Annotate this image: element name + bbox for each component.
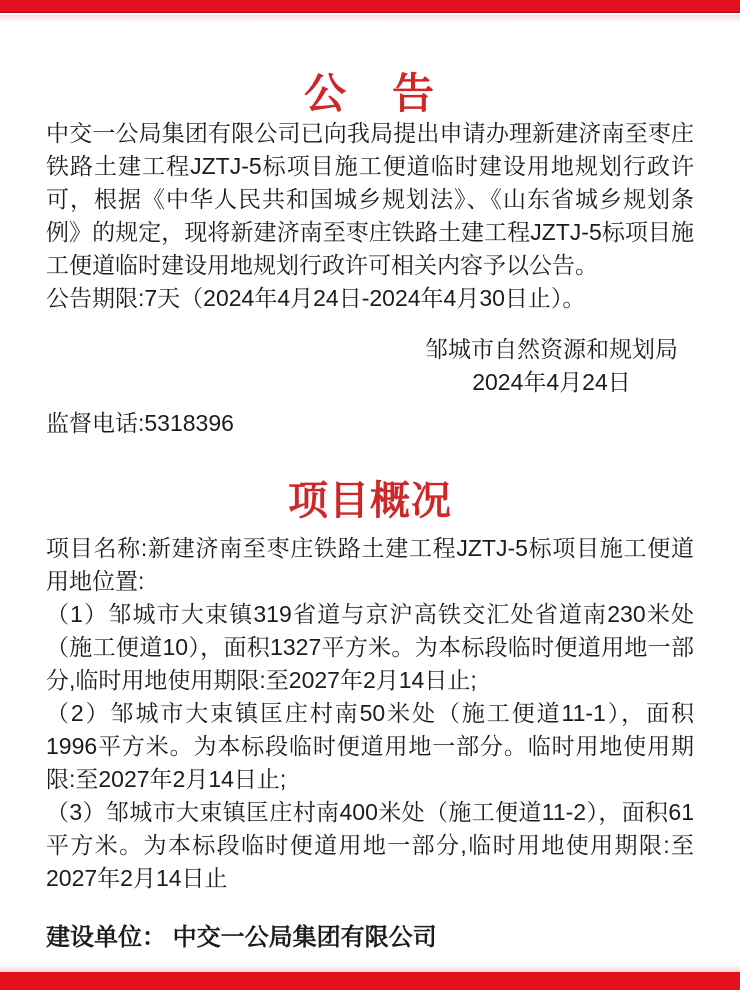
notice-paragraph-main: 中交一公局集团有限公司已向我局提出申请办理新建济南至枣庄铁路土建工程JZTJ-5…	[46, 117, 694, 282]
notice-body: 中交一公局集团有限公司已向我局提出申请办理新建济南至枣庄铁路土建工程JZTJ-5…	[46, 117, 694, 315]
notice-title: 公 告	[46, 71, 694, 117]
announcement-document: 公 告 中交一公局集团有限公司已向我局提出申请办理新建济南至枣庄铁路土建工程JZ…	[0, 15, 740, 954]
builder-unit: 建设单位： 中交一公局集团有限公司	[46, 921, 694, 954]
project-site-3: （3）邹城市大束镇匡庄村南400米处（施工便道11-2），面积61平方米。为本标…	[46, 796, 694, 895]
top-red-bar	[0, 0, 740, 13]
signature-block: 邹城市自然资源和规划局 2024年4月24日	[425, 333, 678, 399]
project-name-location: 项目名称:新建济南至枣庄铁路土建工程JZTJ-5标项目施工便道用地位置:	[46, 532, 694, 598]
supervision-phone: 监督电话:5318396	[46, 407, 694, 440]
project-site-2: （2）邹城市大束镇匡庄村南50米处（施工便道11-1），面积1996平方米。为本…	[46, 697, 694, 796]
issuer-name: 邹城市自然资源和规划局	[425, 333, 678, 366]
project-site-1: （1）邹城市大束镇319省道与京沪高铁交汇处省道南230米处（施工便道10），面…	[46, 598, 694, 697]
issue-date: 2024年4月24日	[425, 366, 678, 399]
project-overview-title: 项目概况	[46, 478, 694, 524]
bottom-red-bar	[0, 972, 740, 990]
notice-paragraph-period: 公告期限:7天（2024年4月24日-2024年4月30日止）。	[46, 282, 694, 315]
bottom-red-bar-fade	[0, 965, 740, 972]
project-body: 项目名称:新建济南至枣庄铁路土建工程JZTJ-5标项目施工便道用地位置: （1）…	[46, 532, 694, 895]
